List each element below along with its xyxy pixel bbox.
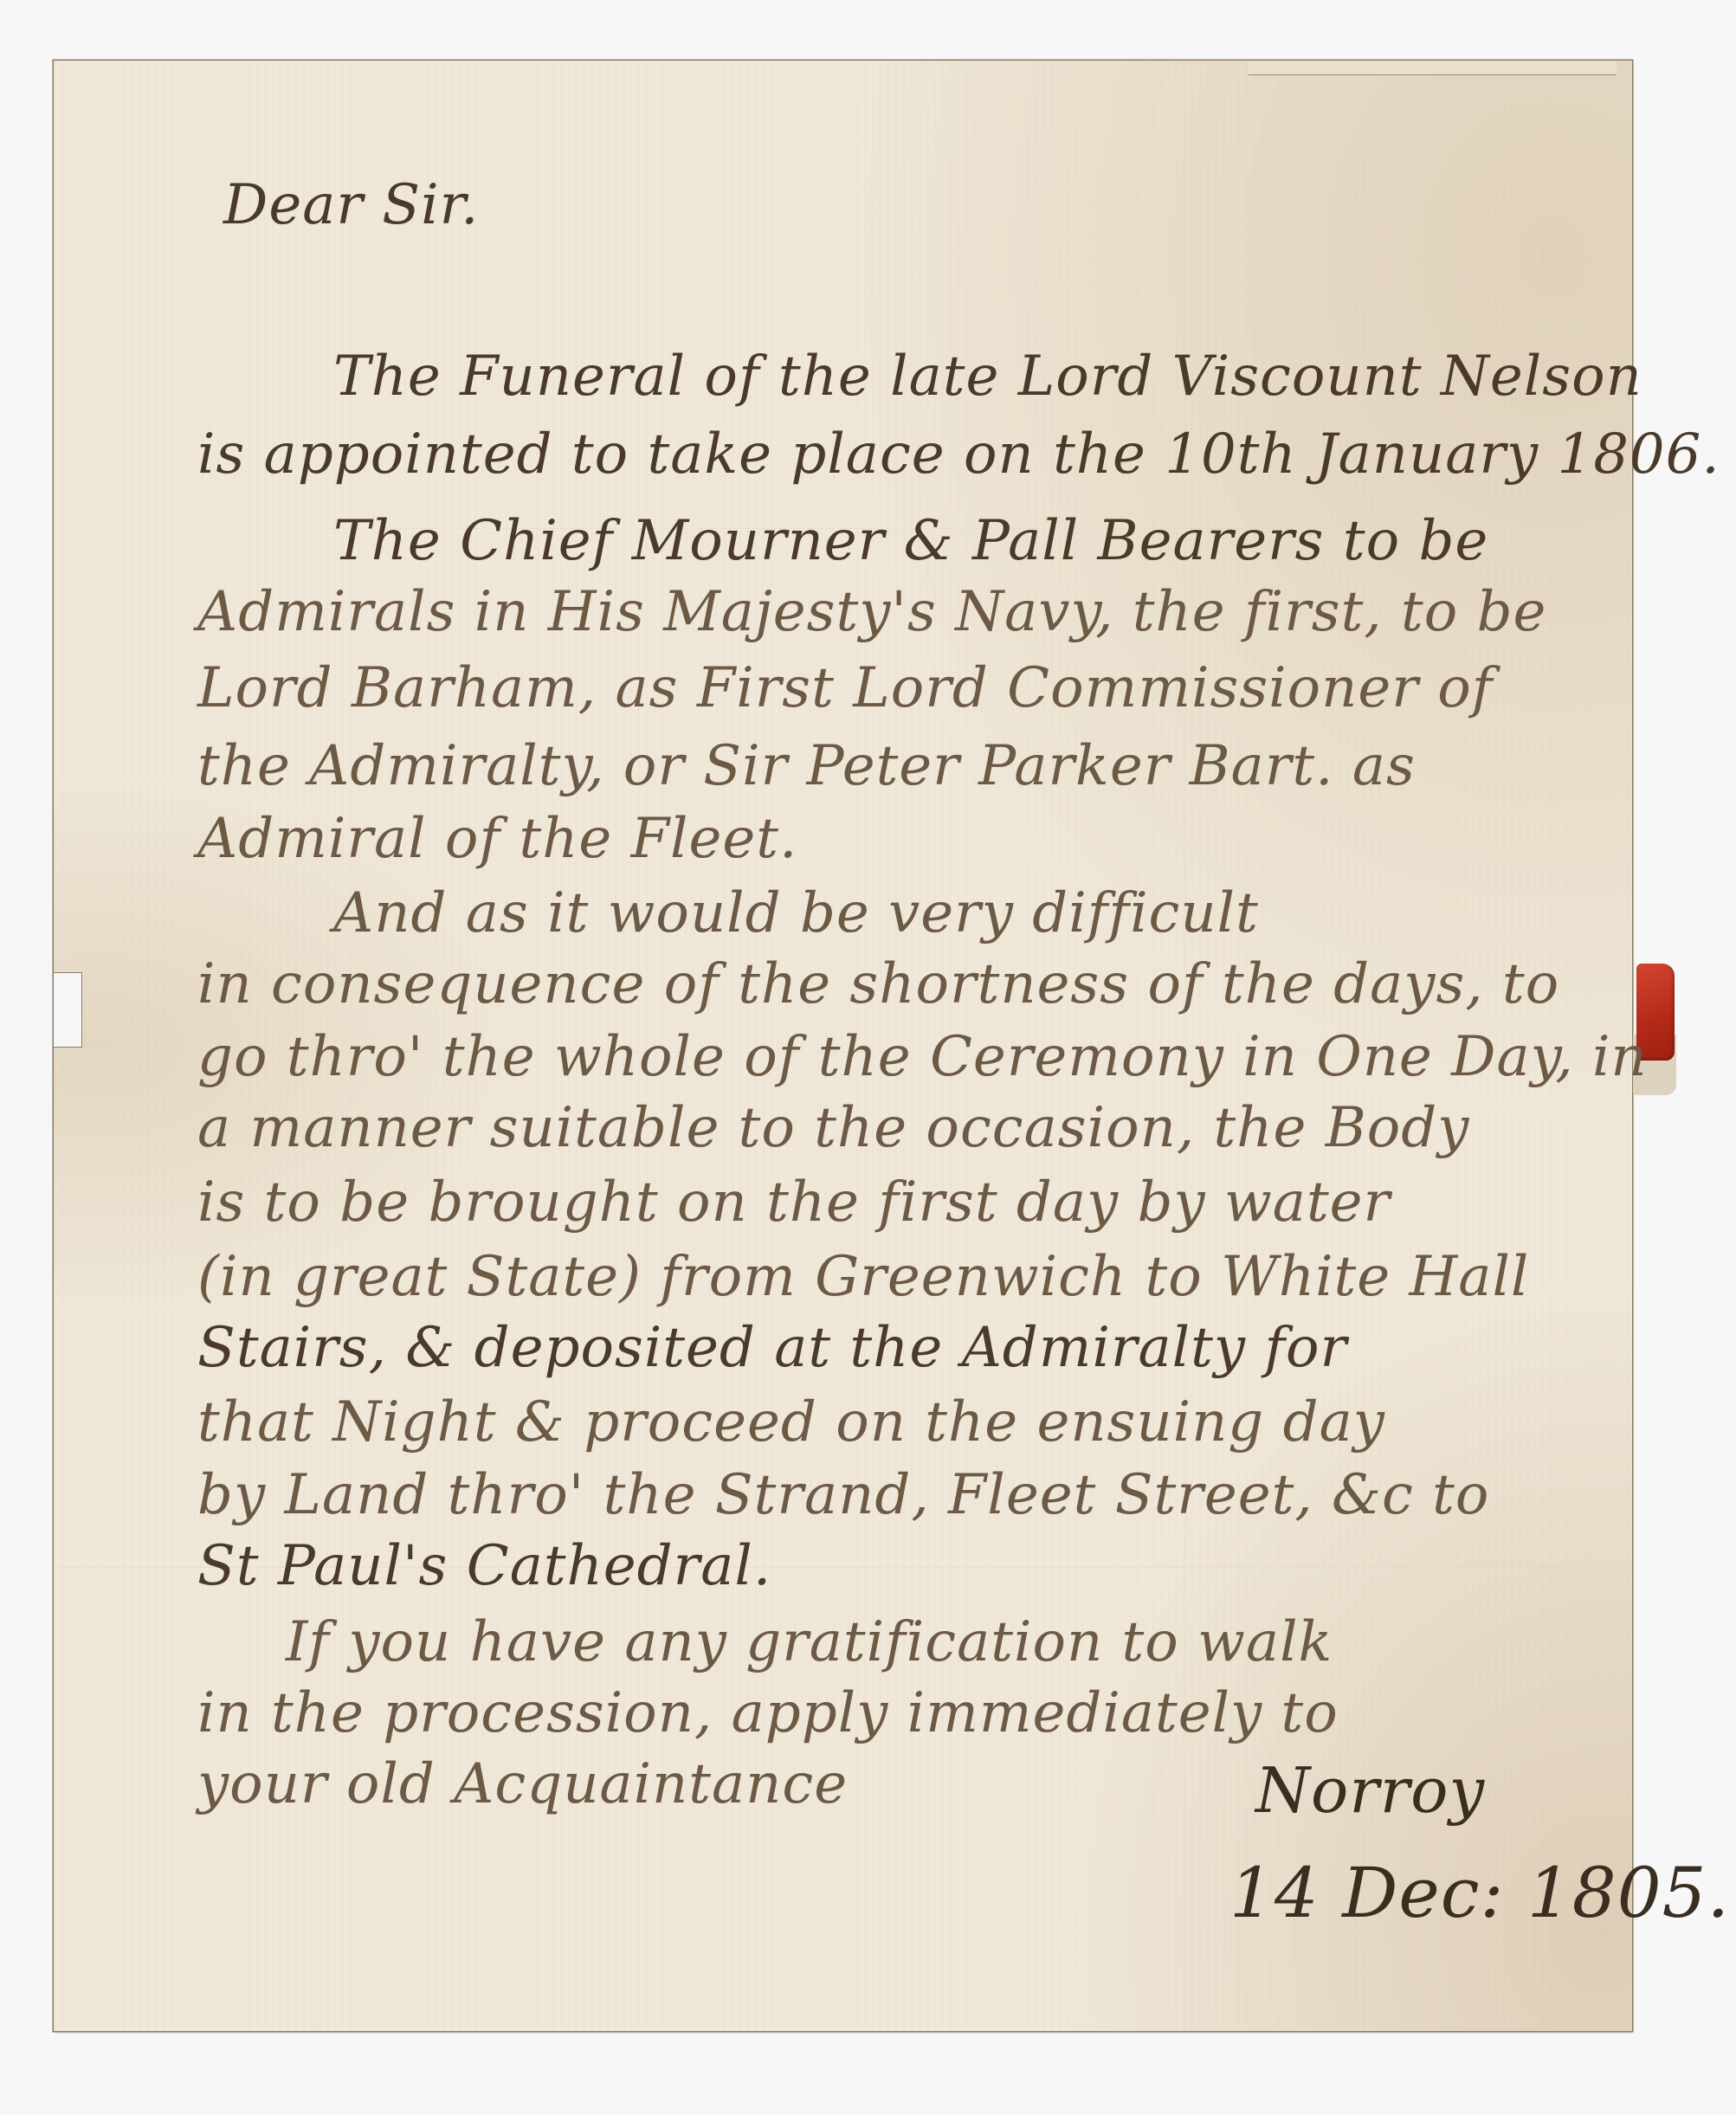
letter-line: a manner suitable to the occasion, the B… [197, 1096, 1469, 1160]
letter-line: Stairs, & deposited at the Admiralty for [197, 1316, 1347, 1380]
letter-line: in consequence of the shortness of the d… [197, 952, 1559, 1016]
letter-line: by Land thro' the Strand, Fleet Street, … [197, 1463, 1489, 1527]
letter-line: in the procession, apply immediately to [197, 1681, 1339, 1745]
letter-line: Admirals in His Majesty's Navy, the firs… [197, 580, 1546, 644]
letter-line: St Paul's Cathedral. [197, 1534, 771, 1598]
letter-line: that Night & proceed on the ensuing day [197, 1390, 1385, 1454]
letter-line: the Admiralty, or Sir Peter Parker Bart.… [197, 734, 1416, 798]
letter-line: Lord Barham, as First Lord Commissioner … [197, 656, 1493, 720]
letter-line: go thro' the whole of the Ceremony in On… [197, 1025, 1648, 1089]
letter-line: The Chief Mourner & Pall Bearers to be [333, 509, 1488, 573]
letter-line: Admiral of the Fleet. [197, 807, 797, 871]
letter-line: And as it would be very difficult [333, 881, 1259, 945]
salutation: Dear Sir. [223, 173, 480, 237]
letter-line: your old Acquaintance [197, 1752, 848, 1816]
signature: Norroy [1255, 1754, 1485, 1827]
paper-edge-notch [54, 972, 82, 1048]
letter-date: 14 Dec: 1805. [1229, 1853, 1730, 1933]
letter-line: (in great State) from Greenwich to White… [197, 1245, 1529, 1309]
paper-fold-flap [1249, 61, 1617, 75]
letter-line: If you have any gratification to walk [286, 1610, 1333, 1674]
letter-line: is appointed to take place on the 10th J… [197, 422, 1720, 487]
letter-line: is to be brought on the first day by wat… [197, 1170, 1391, 1235]
letter-line: The Funeral of the late Lord Viscount Ne… [333, 345, 1642, 409]
